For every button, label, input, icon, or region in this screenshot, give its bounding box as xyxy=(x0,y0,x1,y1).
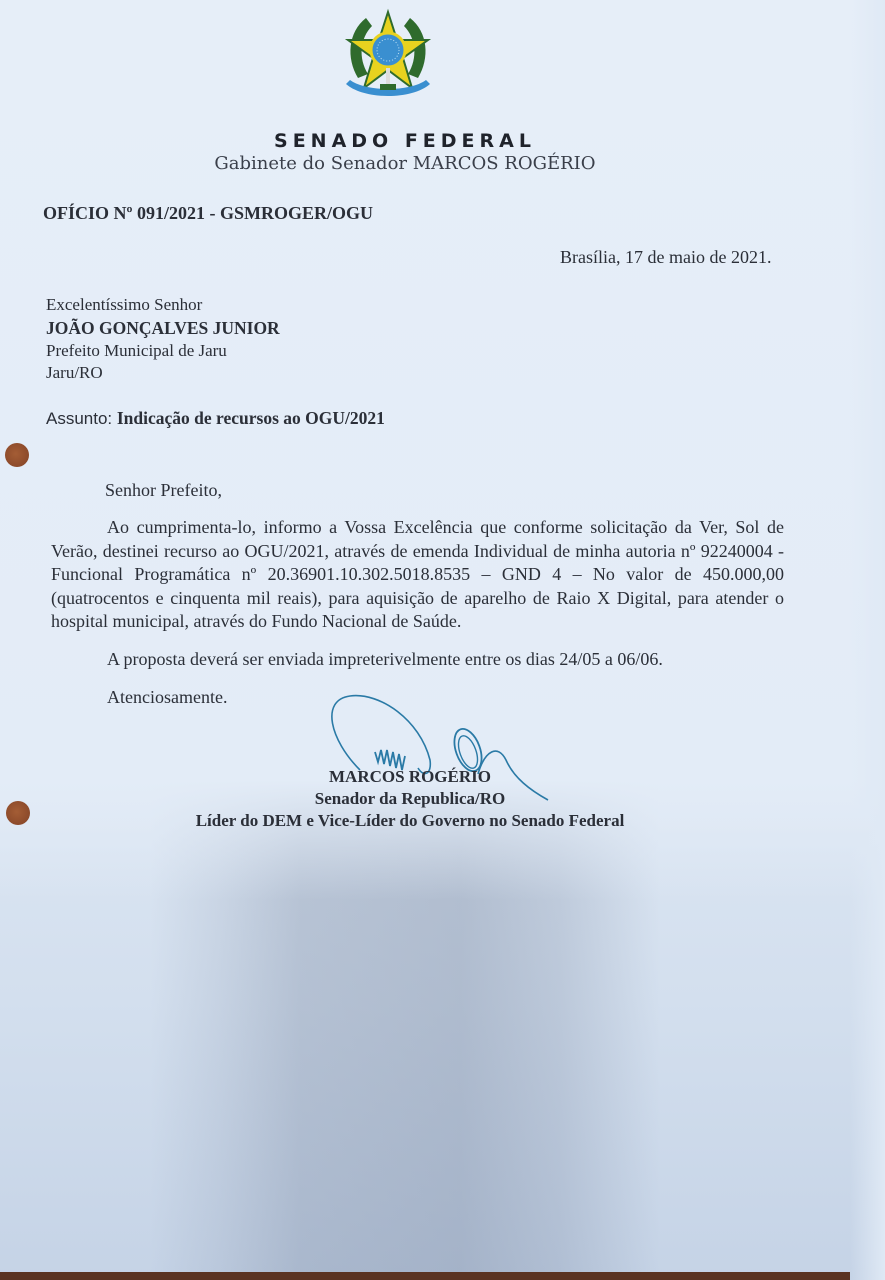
paper-lighting xyxy=(0,0,885,1280)
subject-label: Assunto: xyxy=(46,409,117,428)
closing: Atenciosamente. xyxy=(107,687,227,708)
institution-title: SENADO FEDERAL xyxy=(0,130,810,152)
greeting: Senhor Prefeito, xyxy=(105,480,222,501)
body-paragraph-2: A proposta deverá ser enviada impreteriv… xyxy=(107,649,663,670)
recipient-name: JOÃO GONÇALVES JUNIOR xyxy=(46,318,280,339)
hole-punch-icon xyxy=(5,443,29,467)
recipient-name-text: JOÃO GONÇALVES JUNIOR xyxy=(46,318,280,338)
signatory-name: MARCOS ROGÉRIO xyxy=(5,767,815,787)
body-paragraph-1: Ao cumprimenta-lo, informo a Vossa Excel… xyxy=(51,516,784,634)
date-line: Brasília, 17 de maio de 2021. xyxy=(560,247,771,268)
recipient-role: Prefeito Municipal de Jaru xyxy=(46,341,227,361)
document-reference: OFÍCIO Nº 091/2021 - GSMROGER/OGU xyxy=(43,203,373,224)
recipient-location: Jaru/RO xyxy=(46,363,103,383)
table-edge xyxy=(0,1272,850,1280)
paper-right-edge xyxy=(850,0,885,1280)
office-subtitle: Gabinete do Senador MARCOS ROGÉRIO xyxy=(0,153,810,174)
brazil-coat-of-arms-icon xyxy=(340,8,436,106)
recipient-salutation: Excelentíssimo Senhor xyxy=(46,295,202,315)
handwritten-signature xyxy=(320,690,560,805)
signatory-position: Líder do DEM e Vice-Líder do Governo no … xyxy=(5,811,815,831)
subject-value: Indicação de recursos ao OGU/2021 xyxy=(117,408,385,428)
signatory-title: Senador da Republica/RO xyxy=(5,789,815,809)
subject-line: Assunto: Indicação de recursos ao OGU/20… xyxy=(46,408,385,429)
